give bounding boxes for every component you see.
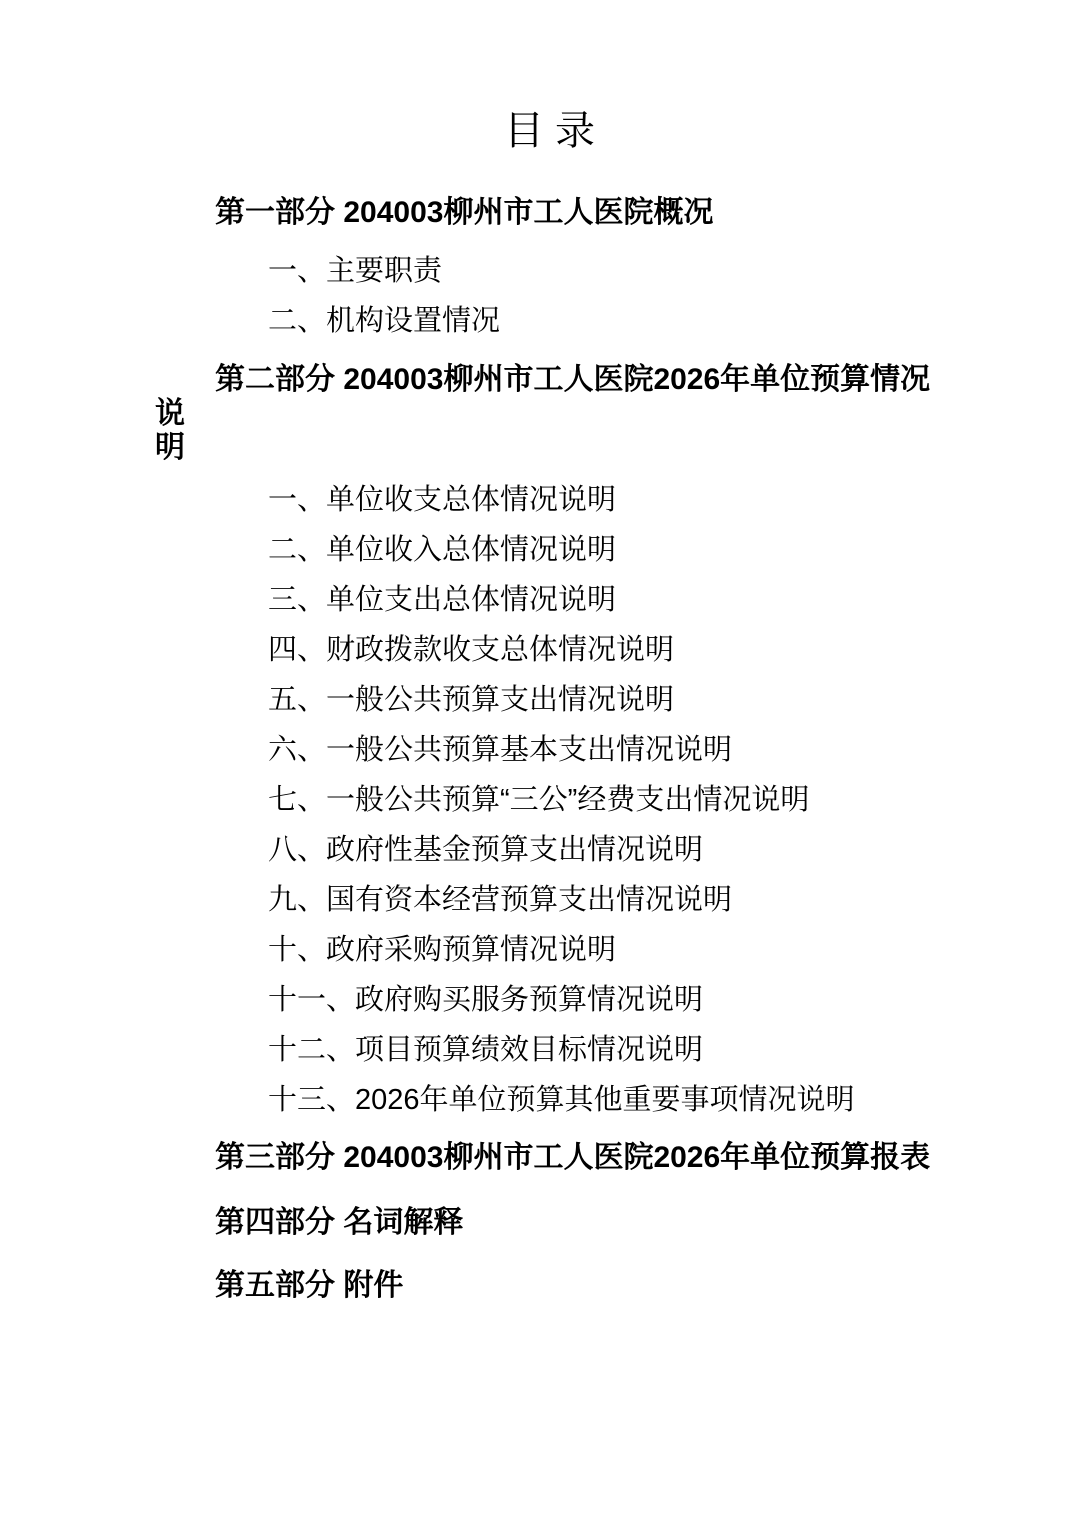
document-page: 目 录 第一部分 204003柳州市工人医院概况 一、主要职责 二、机构设置情况… xyxy=(0,0,1074,1520)
toc-item-part2-2: 二、单位收入总体情况说明 xyxy=(155,525,944,575)
toc-part1-heading: 第一部分 204003柳州市工人医院概况 xyxy=(155,196,944,230)
toc-part5-heading: 第五部分 附件 xyxy=(155,1269,944,1303)
toc-item-part1-1: 一、主要职责 xyxy=(155,246,944,296)
toc-part2-heading-line2: 明 xyxy=(155,431,944,465)
toc-item-part2-8: 八、政府性基金预算支出情况说明 xyxy=(155,825,944,875)
toc-item-part2-9: 九、国有资本经营预算支出情况说明 xyxy=(155,875,944,925)
toc-item-part1-2: 二、机构设置情况 xyxy=(155,296,944,346)
toc-item-part2-13: 十三、2026年单位预算其他重要事项情况说明 xyxy=(155,1075,944,1125)
toc-item-part2-1: 一、单位收支总体情况说明 xyxy=(155,475,944,525)
toc-item-part2-6: 六、一般公共预算基本支出情况说明 xyxy=(155,725,944,775)
toc-item-part2-7: 七、一般公共预算“三公”经费支出情况说明 xyxy=(155,775,944,825)
toc-part2-heading: 第二部分 204003柳州市工人医院2026年单位预算情况说 明 xyxy=(155,363,944,465)
toc-item-part2-12: 十二、项目预算绩效目标情况说明 xyxy=(155,1025,944,1075)
toc-item-part2-11: 十一、政府购买服务预算情况说明 xyxy=(155,975,944,1025)
toc-item-part2-3: 三、单位支出总体情况说明 xyxy=(155,575,944,625)
toc-item-part2-10: 十、政府采购预算情况说明 xyxy=(155,925,944,975)
toc-item-part2-5: 五、一般公共预算支出情况说明 xyxy=(155,675,944,725)
page-title: 目 录 xyxy=(155,105,944,157)
toc-part4-heading: 第四部分 名词解释 xyxy=(155,1206,944,1240)
toc-item-part2-4: 四、财政拨款收支总体情况说明 xyxy=(155,625,944,675)
toc-part3-heading: 第三部分 204003柳州市工人医院2026年单位预算报表 xyxy=(155,1141,944,1175)
toc-part2-heading-line1: 第二部分 204003柳州市工人医院2026年单位预算情况说 xyxy=(155,363,944,431)
